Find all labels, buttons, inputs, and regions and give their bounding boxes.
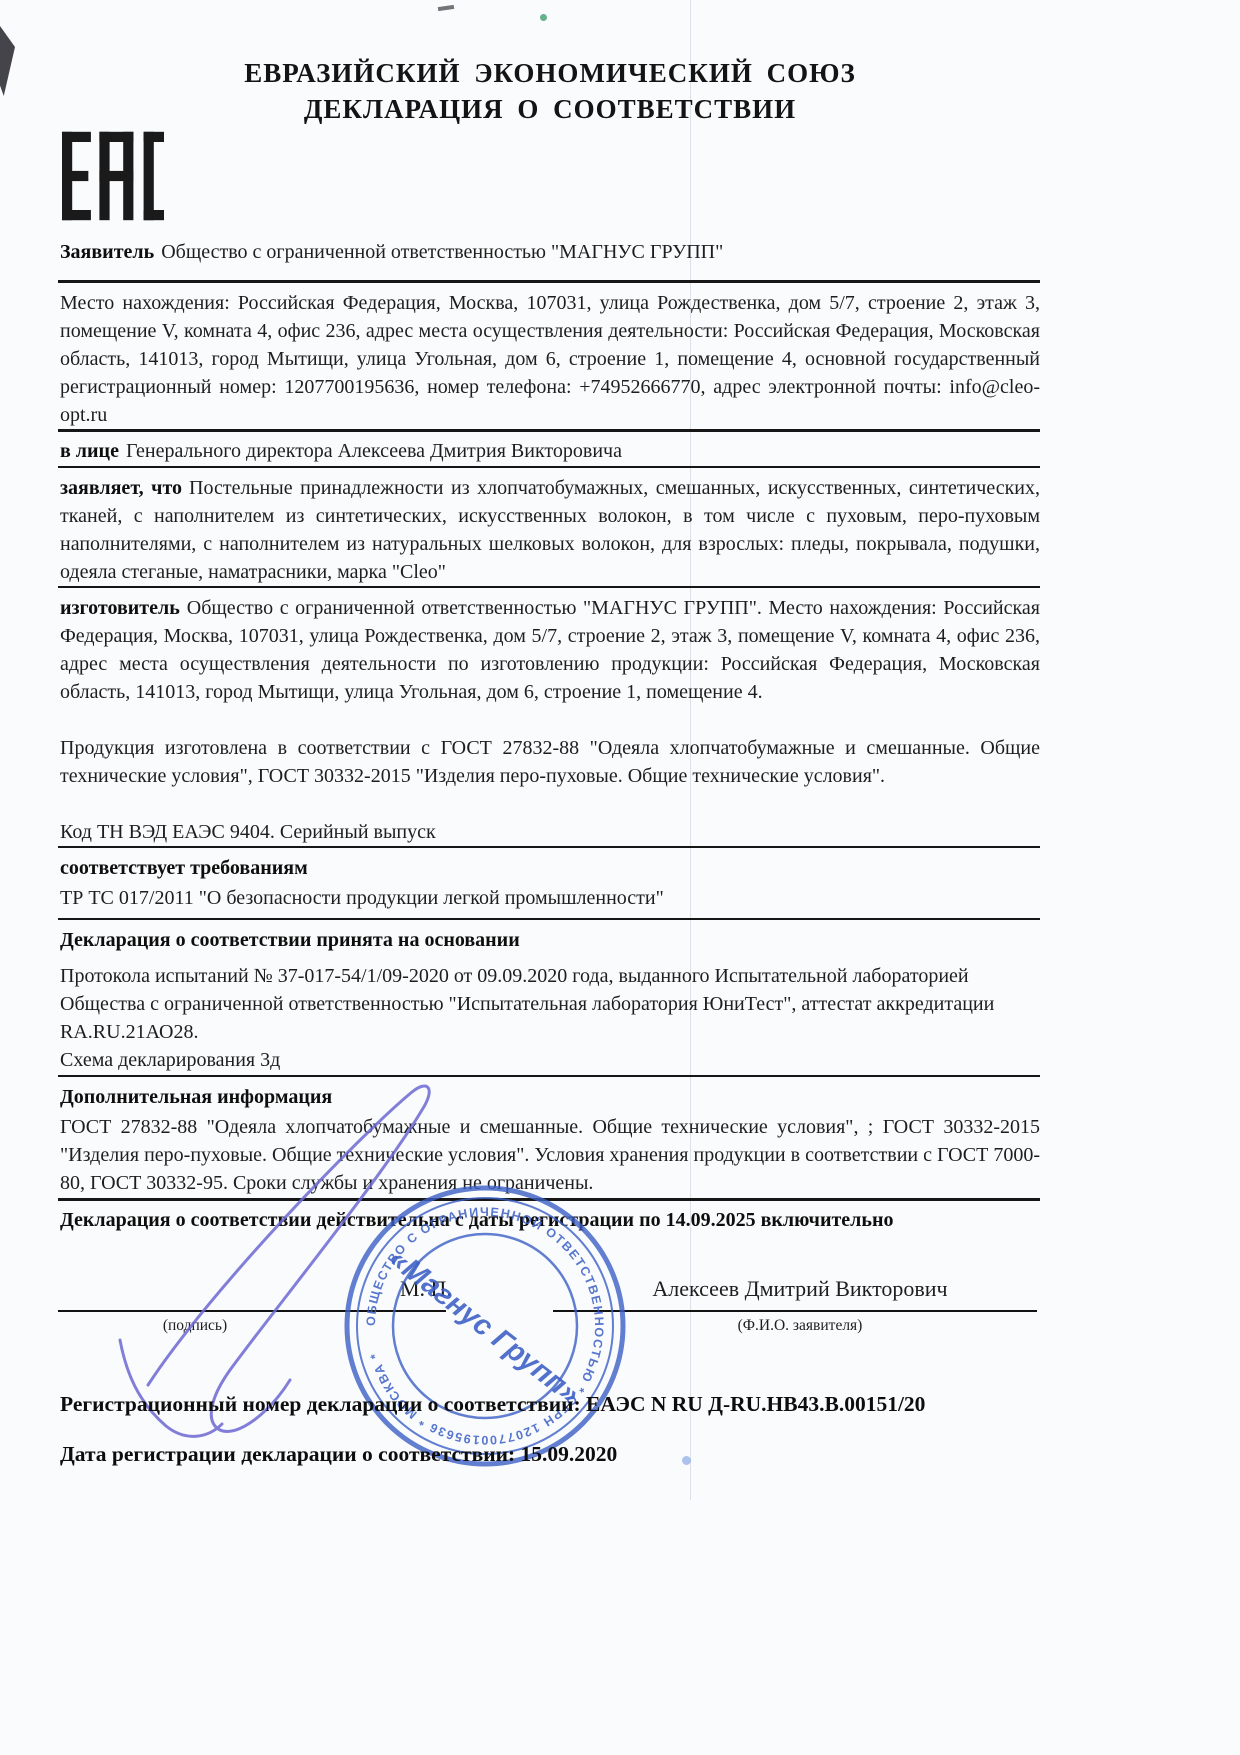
location-paragraph: Место нахождения: Российская Федерация, … xyxy=(60,289,1040,429)
scan-artifact xyxy=(438,5,454,11)
complies-label: соответствует требованиям xyxy=(60,854,1040,882)
divider xyxy=(58,846,1040,848)
page-title-line2: ДЕКЛАРАЦИЯ О СООТВЕТСТВИИ xyxy=(60,94,1040,125)
divider xyxy=(58,586,1040,588)
registration-number-line: Регистрационный номер декларации о соотв… xyxy=(60,1390,1040,1418)
signer-name: Алексеев Дмитрий Викторович xyxy=(600,1276,1000,1302)
divider xyxy=(58,280,1040,283)
divider xyxy=(58,429,1040,432)
applicant-line: ЗаявительОбщество с ограниченной ответст… xyxy=(60,238,1040,266)
represented-line: в лицеГенерального директора Алексеева Д… xyxy=(60,437,1040,465)
manufacturer-value: Общество с ограниченной ответственностью… xyxy=(60,597,1040,703)
manufacturer-paragraph: изготовительОбщество с ограниченной отве… xyxy=(60,594,1040,706)
scan-artifact xyxy=(0,26,15,96)
declares-label: заявляет, что xyxy=(60,477,182,499)
declares-paragraph: заявляет, чтоПостельные принадлежности и… xyxy=(60,474,1040,586)
manufacturer-label: изготовитель xyxy=(60,597,180,619)
tnved-line: Код ТН ВЭД ЕАЭС 9404. Серийный выпуск xyxy=(60,818,1040,846)
declares-value: Постельные принадлежности из хлопчатобум… xyxy=(60,477,1040,583)
company-stamp: ОБЩЕСТВО С ОГРАНИЧЕННОЙ ОТВЕТСТВЕННОСТЬЮ… xyxy=(342,1183,628,1469)
declaration-document: ЕВРАЗИЙСКИЙ ЭКОНОМИЧЕСКИЙ СОЮЗ ДЕКЛАРАЦИ… xyxy=(0,0,1240,1755)
divider xyxy=(58,466,1040,468)
complies-value: ТР ТС 017/2011 "О безопасности продукции… xyxy=(60,884,1040,912)
represented-label: в лице xyxy=(60,440,119,462)
applicant-label: Заявитель xyxy=(60,241,154,263)
page-title-line1: ЕВРАЗИЙСКИЙ ЭКОНОМИЧЕСКИЙ СОЮЗ xyxy=(60,58,1040,89)
production-standards-paragraph: Продукция изготовлена в соответствии с Г… xyxy=(60,734,1040,790)
represented-value: Генерального директора Алексеева Дмитрия… xyxy=(126,440,622,462)
name-caption: (Ф.И.О. заявителя) xyxy=(620,1317,980,1335)
divider xyxy=(58,918,1040,920)
applicant-value: Общество с ограниченной ответственностью… xyxy=(161,241,723,263)
eac-logo xyxy=(62,131,164,226)
scan-speck xyxy=(540,14,547,21)
basis-paragraph: Протокола испытаний № 37-017-54/1/09-202… xyxy=(60,962,1040,1046)
eac-logo-icon xyxy=(62,131,164,221)
basis-label: Декларация о соответствии принята на осн… xyxy=(60,926,1040,954)
registration-date-line: Дата регистрации декларации о соответств… xyxy=(60,1440,1040,1468)
